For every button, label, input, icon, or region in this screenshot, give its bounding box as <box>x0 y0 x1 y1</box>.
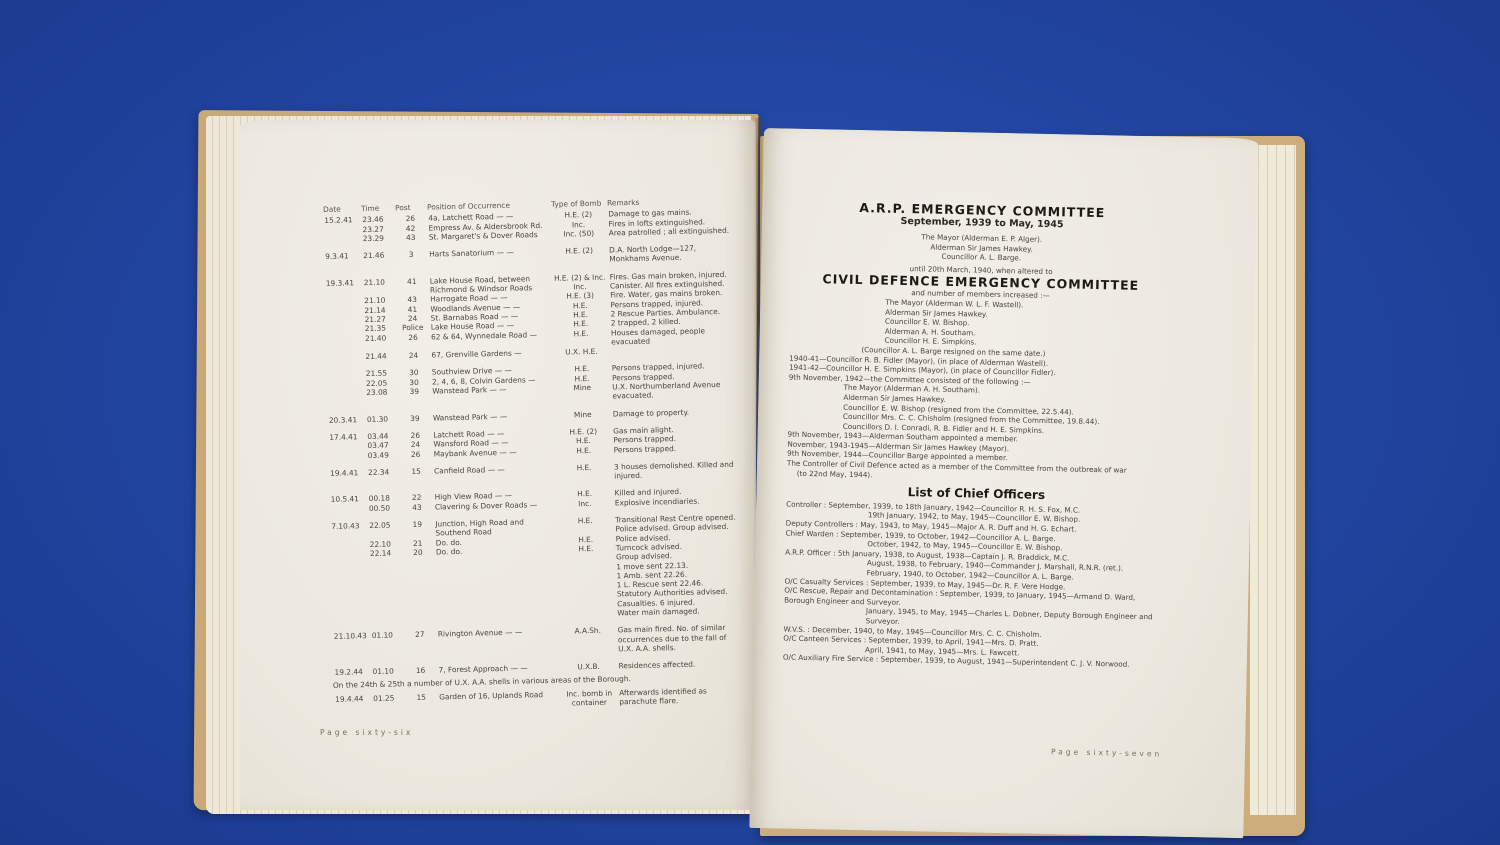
table-row: 9.3.4121.463Harts Sanatorium — —H.E. (2)… <box>323 243 733 271</box>
officer-role: W.V.S. : <box>783 624 812 634</box>
officer-role: Controller : <box>786 499 829 509</box>
officer-role: O/C Auxiliary Fire Service : <box>783 653 881 664</box>
cell-time: 01.10 <box>370 631 405 660</box>
officer-role: A.R.P. Officer : <box>785 547 838 557</box>
officer-role: Chief Warden : <box>785 528 840 538</box>
cell-remarks: Area patrolled ; all extinguished. <box>607 226 733 238</box>
cell-time: 23.08 <box>364 387 398 406</box>
cell-bomb-type: U.X. H.E. <box>553 347 609 358</box>
cell-position: 67, Grenville Gardens — <box>429 348 553 360</box>
table-row: 20.3.4101.3039Wanstead Park — —MineDamag… <box>327 406 737 425</box>
incident-rows: 15.2.4123.46264a, Latchett Road — —H.E. … <box>322 207 743 713</box>
cell-remarks: Gas main fired. No. of similar occurrenc… <box>616 623 743 654</box>
table-row: 19.4.4122.3415Canfield Road — —H.E.3 hou… <box>328 459 738 487</box>
cell-time: 01.25 <box>371 693 405 712</box>
cell-remarks: Damage to property. <box>611 406 737 418</box>
cell-position: Wanstead Park — — <box>431 410 555 422</box>
cell-bomb-type: Inc. <box>557 498 613 509</box>
cell-time: 21.46 <box>361 251 395 270</box>
chief-officers-list: Controller : September, 1939, to 18th Ja… <box>783 499 1166 670</box>
cell-bomb-type: H.E. <box>556 445 612 456</box>
left-page: Date Time Post Position of Occurrence Ty… <box>240 120 756 810</box>
cell-date <box>326 388 364 407</box>
cell-post: 39 <box>399 413 431 423</box>
cell-post: 24 <box>397 351 429 361</box>
col-post: Post <box>394 202 426 215</box>
cell-post: 15 <box>405 692 437 711</box>
cell-post: 27 <box>404 630 437 659</box>
cell-remarks: 3 houses demolished. Killed and injured. <box>612 459 738 480</box>
cell-position <box>435 610 559 622</box>
cell-bomb-type: H.E. (2) <box>551 246 607 266</box>
cell-position: St. Margaret's & Dover Roads <box>427 230 551 242</box>
cell-date: 9.3.41 <box>323 251 361 270</box>
cell-time: 21.10 <box>362 277 396 296</box>
cell-remarks: U.X. Northumberland Avenue evacuated. <box>610 380 736 401</box>
cell-time: 22.05 <box>367 520 401 539</box>
table-row: 21.10.4301.1027Rivington Avenue — —A.A.S… <box>332 623 743 660</box>
cell-remarks: Afterwards identified as parachute flare… <box>617 685 743 706</box>
cell-date: 19.3.41 <box>324 278 362 297</box>
cell-position: Garden of 16, Uplands Road <box>437 689 561 710</box>
cell-post: 39 <box>398 387 430 406</box>
cell-post: 41 <box>396 276 428 295</box>
col-date: Date <box>322 203 360 216</box>
cell-time: 03.49 <box>366 450 400 460</box>
cell-date: 19.4.41 <box>328 468 366 487</box>
cell-time <box>369 613 403 623</box>
cell-date: 7.10.43 <box>329 521 367 540</box>
cell-remarks: Explosive incendiaries. <box>613 495 739 507</box>
cell-position: Harts Sanatorium — — <box>427 247 551 268</box>
cell-post: 43 <box>395 233 427 243</box>
cell-post: 26 <box>400 449 432 459</box>
right-page: A.R.P. EMERGENCY COMMITTEE September, 19… <box>749 128 1258 838</box>
cell-position: Wanstead Park — — <box>430 384 554 405</box>
page-stack-right <box>1250 145 1296 815</box>
cell-date <box>325 334 363 353</box>
cell-post: 3 <box>395 250 427 269</box>
officer-role: O/C Canteen Services : <box>783 634 868 645</box>
cell-time: 00.50 <box>367 503 401 513</box>
committee-content: A.R.P. EMERGENCY COMMITTEE September, 19… <box>783 199 1173 671</box>
cell-position: Canfield Road — — <box>432 464 556 485</box>
cell-post: 19 <box>401 520 433 539</box>
cell-bomb-type: Inc. (50) <box>551 228 607 239</box>
cell-time: 21.44 <box>363 351 397 361</box>
cell-bomb-type: H.E. <box>553 328 609 348</box>
cell-bomb-type: H.E. (2) & Inc. Inc. <box>552 272 608 292</box>
cell-time: 21.40 <box>363 333 397 352</box>
cell-position: Rivington Avenue — — <box>436 627 561 658</box>
page-number-right: Page sixty-seven <box>1051 747 1162 758</box>
cell-bomb-type: H.E. <box>556 462 612 482</box>
cell-remarks: Water main damaged. <box>615 606 741 618</box>
cell-time: 23.29 <box>361 233 395 243</box>
col-time: Time <box>360 202 394 215</box>
cell-post: 43 <box>401 502 433 512</box>
cell-remarks: D.A. North Lodge—127, Monkhams Avenue. <box>607 243 733 264</box>
cell-bomb-type: Mine <box>555 409 611 420</box>
cell-time: 01.30 <box>365 414 399 424</box>
cell-date: 21.10.43 <box>332 631 371 660</box>
cell-bomb-type: A.A.Sh. <box>560 626 617 655</box>
cell-bomb-type: H.E. <box>557 515 613 535</box>
cell-position: Clavering & Dover Roads — <box>433 499 557 511</box>
cell-post: 26 <box>397 332 429 351</box>
cell-time: 22.34 <box>366 467 400 486</box>
incident-table: Date Time Post Position of Occurrence Ty… <box>322 195 743 714</box>
cell-post: 15 <box>400 466 432 485</box>
cell-remarks: Transitional Rest Centre opened. Police … <box>613 513 739 534</box>
cell-post <box>403 613 435 623</box>
cell-bomb-type: Inc. bomb in container <box>561 688 617 708</box>
page-number-left: Page sixty-six <box>320 728 413 737</box>
cell-bomb-type: Mine <box>554 383 610 403</box>
cell-date: 19.4.44 <box>333 694 371 713</box>
cell-bomb-type <box>559 608 615 619</box>
